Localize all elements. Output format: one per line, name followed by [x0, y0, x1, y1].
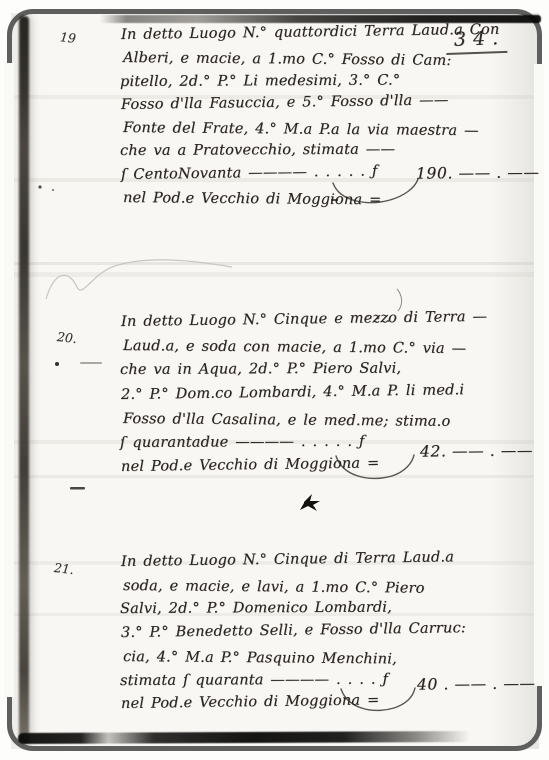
entry-21: 21. In detto Luogo N.° Cinque di Terra L… — [0, 0, 549, 760]
entry-text: In detto Luogo N.° Cinque di Terra Laud.… — [121, 551, 466, 717]
hand-line: nel Pod.e Vecchio di Moggiona = — [121, 688, 466, 717]
entry-number: 21. — [53, 560, 74, 577]
hand-line: 3.° P.° Benedetto Selli, e Fosso d'lla C… — [121, 617, 466, 646]
hand-line: In detto Luogo N.° Cinque di Terra Laud.… — [121, 546, 466, 575]
scanned-document-page: 34. 19 In detto Luogo N.° quattordici Te… — [0, 0, 549, 760]
entry-amount: 40 . —— . —— — [417, 674, 536, 693]
